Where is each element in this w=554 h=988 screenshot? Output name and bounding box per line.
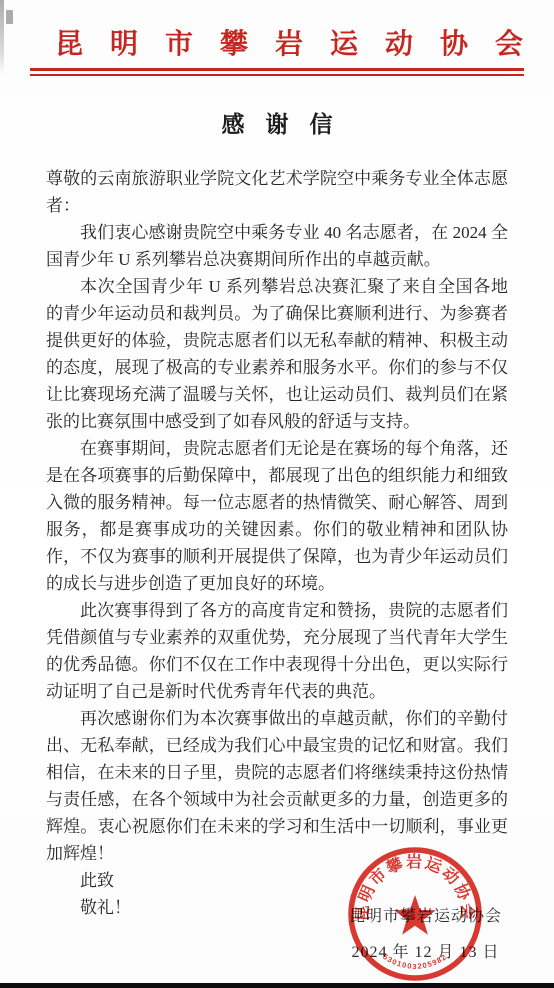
document-title: 感谢信 [0, 106, 554, 139]
photo-bottom-edge [0, 983, 554, 988]
letterhead: 昆明市攀岩运动协会 [28, 22, 526, 62]
seal-number: 5301003205982 [381, 952, 449, 971]
letterhead-rule [30, 68, 524, 76]
seal-star-icon [394, 895, 436, 935]
paragraph-5: 再次感谢你们为本次赛事做出的卓越贡献，你们的辛勤付出、无私奉献，已经成为我们心中… [46, 705, 508, 867]
paragraph-1: 我们衷心感谢贵院空中乘务专业 40 名志愿者，在 2024 全国青少年 U 系列… [46, 219, 508, 273]
rule-thick [30, 68, 524, 71]
paragraph-2: 本次全国青少年 U 系列攀岩总决赛汇聚了来自全国各地的青少年运动员和裁判员。为了… [46, 273, 508, 435]
paragraph-4: 此次赛事得到了各方的高度肯定和赞扬，贵院的志愿者们凭借颜值与专业素养的双重优势，… [46, 597, 508, 705]
photo-edge-shadow [0, 0, 4, 74]
org-name: 昆明市攀岩运动协会 [28, 22, 526, 62]
official-seal: 昆明市攀岩运动协会 5301003205982 [345, 844, 485, 984]
salutation: 尊敬的云南旅游职业学院文化艺术学院空中乘务专业全体志愿者： [46, 165, 508, 219]
photo-corner-mark [6, 10, 13, 24]
paragraph-3: 在赛事期间，贵院志愿者们无论是在赛场的每个角落，还是在各项赛事的后勤保障中，都展… [46, 435, 508, 597]
letter-body: 尊敬的云南旅游职业学院文化艺术学院空中乘务专业全体志愿者： 我们衷心感谢贵院空中… [46, 165, 508, 921]
letter-page: 昆明市攀岩运动协会 感谢信 尊敬的云南旅游职业学院文化艺术学院空中乘务专业全体志… [0, 0, 554, 988]
rule-thin [30, 74, 524, 76]
